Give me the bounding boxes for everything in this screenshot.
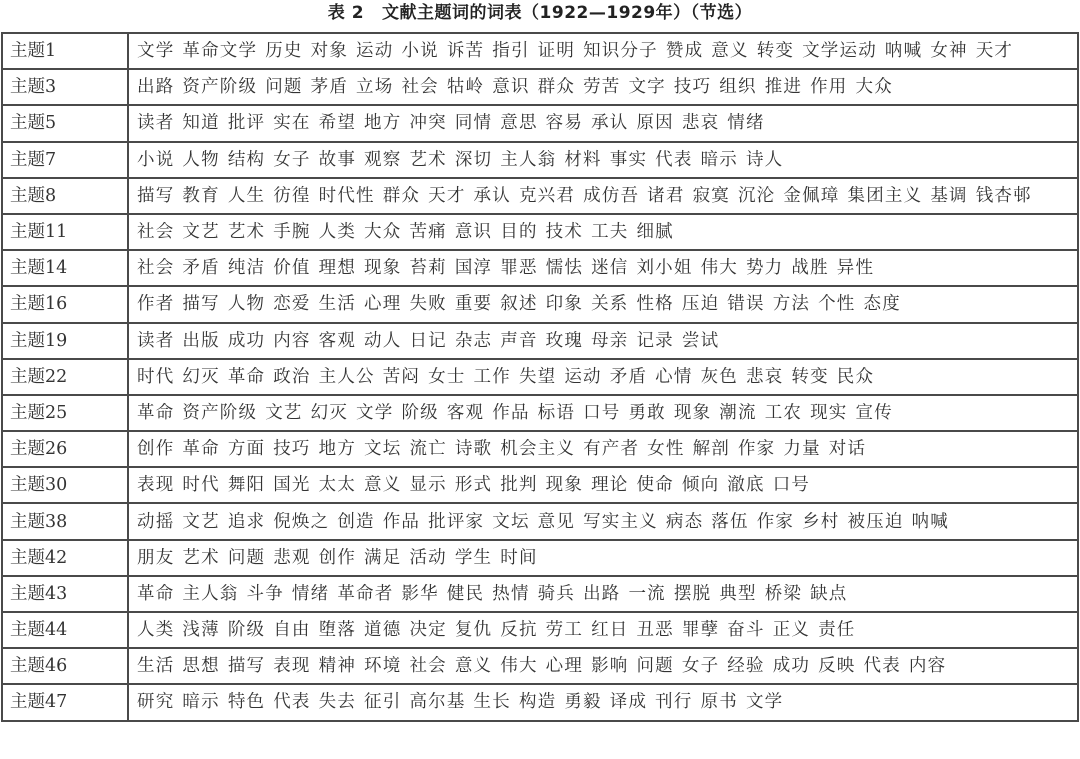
topic-word: 纯洁	[228, 258, 265, 278]
topic-word: 显示	[409, 475, 446, 495]
topic-word: 苦闷	[383, 367, 420, 387]
topic-word: 征引	[364, 692, 401, 712]
topic-word: 群众	[538, 77, 575, 97]
topic-word: 日记	[409, 331, 446, 351]
topic-word: 被压迫	[848, 512, 904, 532]
table-row: 主题44人类浅薄阶级自由堕落道德决定复仇反抗劳工红日丑恶罪孽奋斗正义责任	[2, 612, 1078, 648]
topic-word: 读者	[137, 113, 174, 133]
topic-word: 勇敢	[628, 403, 665, 423]
topic-word: 懦怯	[546, 258, 583, 278]
topic-word: 理论	[591, 475, 628, 495]
topic-word: 伟大	[701, 258, 738, 278]
table-row: 主题47研究暗示特色代表失去征引高尔基生长构造勇毅译成刊行原书文学	[2, 684, 1078, 720]
topic-word: 民众	[837, 367, 874, 387]
topic-word: 出版	[182, 331, 219, 351]
topic-word: 恋爱	[273, 294, 310, 314]
topic-label-cell: 主题26	[2, 431, 128, 467]
topic-word: 主人公	[319, 367, 375, 387]
topic-word: 人类	[319, 222, 356, 242]
topic-words-cell: 革命主人翁斗争情绪革命者影华健民热情骑兵出路一流摆脱典型桥梁缺点	[128, 576, 1078, 612]
topic-word: 玫瑰	[546, 331, 583, 351]
topic-word: 大众	[364, 222, 401, 242]
table-row: 主题38动摇文艺追求倪焕之创造作品批评家文坛意见写实主义病态落伍作家乡村被压迫呐…	[2, 503, 1078, 539]
topic-word: 桥梁	[765, 584, 802, 604]
topic-word: 劳苦	[583, 77, 620, 97]
table-row: 主题22时代幻灭革命政治主人公苦闷女士工作失望运动矛盾心情灰色悲哀转变民众	[2, 359, 1078, 395]
topic-word: 作品	[492, 403, 529, 423]
topic-word: 环境	[364, 656, 401, 676]
topic-word: 悲哀	[746, 367, 783, 387]
topic-word: 转变	[791, 367, 828, 387]
topic-word: 寂寞	[693, 186, 730, 206]
topic-word: 时代	[182, 475, 219, 495]
topic-word: 文坛	[492, 512, 529, 532]
topic-word: 诗人	[746, 150, 783, 170]
topic-word: 立场	[356, 77, 393, 97]
topic-words-cell: 小说人物结构女子故事观察艺术深切主人翁材料事实代表暗示诗人	[128, 142, 1078, 178]
topic-words-cell: 创作革命方面技巧地方文坛流亡诗歌机会主义有产者女性解剖作家力量对话	[128, 431, 1078, 467]
topic-word: 典型	[719, 584, 756, 604]
topic-word: 倪焕之	[273, 512, 329, 532]
table-caption: 表 2文献主题词的词表（1922—1929年）（节选）	[0, 0, 1080, 28]
table-row: 主题16作者描写人物恋爱生活心理失败重要叙述印象关系性格压迫错误方法个性态度	[2, 286, 1078, 322]
topic-word: 问题	[636, 656, 673, 676]
topic-words-cell: 读者出版成功内容客观动人日记杂志声音玫瑰母亲记录尝试	[128, 323, 1078, 359]
topic-word: 运动	[564, 367, 601, 387]
topic-word: 灰色	[701, 367, 738, 387]
topic-word: 成仿吾	[583, 186, 639, 206]
topic-word: 影响	[591, 656, 628, 676]
table-row: 主题25革命资产阶级文艺幻灭文学阶级客观作品标语口号勇敢现象潮流工农现实宣传	[2, 395, 1078, 431]
topic-word: 容易	[546, 113, 583, 133]
topic-word: 事实	[610, 150, 647, 170]
topic-words-cell: 出路资产阶级问题茅盾立场社会牯岭意识群众劳苦文字技巧组织推进作用大众	[128, 69, 1078, 105]
table-row: 主题7小说人物结构女子故事观察艺术深切主人翁材料事实代表暗示诗人	[2, 142, 1078, 178]
topic-word: 人类	[137, 620, 174, 640]
topic-word: 批判	[500, 475, 537, 495]
table-row: 主题5读者知道批评实在希望地方冲突同情意思容易承认原因悲哀情绪	[2, 105, 1078, 141]
topic-word: 深切	[455, 150, 492, 170]
topic-word: 暗示	[182, 692, 219, 712]
topic-word: 社会	[137, 258, 174, 278]
topic-word: 落伍	[711, 512, 748, 532]
topic-word: 作者	[137, 294, 174, 314]
topic-word: 情绪	[727, 113, 764, 133]
topic-word: 女士	[428, 367, 465, 387]
topic-label-cell: 主题14	[2, 250, 128, 286]
topic-word: 缺点	[810, 584, 847, 604]
topic-word: 社会	[409, 656, 446, 676]
topic-word: 动人	[364, 331, 401, 351]
topic-word: 呐喊	[885, 41, 922, 61]
topic-word: 道德	[364, 620, 401, 640]
topic-word: 人生	[228, 186, 265, 206]
topic-word: 艺术	[228, 222, 265, 242]
topic-word: 文坛	[364, 439, 401, 459]
topic-word: 价值	[273, 258, 310, 278]
topic-word: 劳工	[546, 620, 583, 640]
topic-word: 势力	[746, 258, 783, 278]
topic-words-cell: 作者描写人物恋爱生活心理失败重要叙述印象关系性格压迫错误方法个性态度	[128, 286, 1078, 322]
topic-word: 时间	[500, 548, 537, 568]
topic-word: 译成	[610, 692, 647, 712]
topic-label-cell: 主题8	[2, 178, 128, 214]
topic-word: 杂志	[455, 331, 492, 351]
topic-word: 研究	[137, 692, 174, 712]
topic-word: 文学	[746, 692, 783, 712]
table-title: 文献主题词的词表（1922—1929年）（节选）	[382, 3, 752, 23]
topic-word: 追求	[228, 512, 265, 532]
topic-word: 责任	[818, 620, 855, 640]
topic-label-cell: 主题47	[2, 684, 128, 720]
topic-word: 实在	[273, 113, 310, 133]
topic-word: 成功	[228, 331, 265, 351]
topic-word: 茅盾	[311, 77, 348, 97]
topic-label-cell: 主题5	[2, 105, 128, 141]
topic-word: 决定	[409, 620, 446, 640]
topic-word: 基调	[930, 186, 967, 206]
topic-word: 口号	[583, 403, 620, 423]
topic-word: 创作	[137, 439, 174, 459]
topic-word: 客观	[447, 403, 484, 423]
topic-word: 悲哀	[682, 113, 719, 133]
topic-word: 阶级	[401, 403, 438, 423]
topic-word: 代表	[864, 656, 901, 676]
topic-word: 代表	[655, 150, 692, 170]
topic-word: 战胜	[791, 258, 828, 278]
topic-words-cell: 朋友艺术问题悲观创作满足活动学生时间	[128, 540, 1078, 576]
topic-word: 朋友	[137, 548, 174, 568]
topic-word: 矛盾	[610, 367, 647, 387]
topic-word: 心情	[655, 367, 692, 387]
topic-word: 阶级	[228, 620, 265, 640]
topic-word: 学生	[455, 548, 492, 568]
topic-word: 作品	[383, 512, 420, 532]
topic-word: 承认	[591, 113, 628, 133]
topic-word: 目的	[500, 222, 537, 242]
topic-word: 动摇	[137, 512, 174, 532]
topic-label-cell: 主题30	[2, 467, 128, 503]
topic-word: 解剖	[693, 439, 730, 459]
topic-word: 失望	[519, 367, 556, 387]
topic-word: 时代	[137, 367, 174, 387]
topic-word: 天才	[976, 41, 1013, 61]
topic-word: 满足	[364, 548, 401, 568]
topic-word: 方法	[773, 294, 810, 314]
topic-word: 斗争	[247, 584, 284, 604]
topic-word: 反抗	[500, 620, 537, 640]
topic-word: 摆脱	[674, 584, 711, 604]
topic-word: 作家	[738, 439, 775, 459]
topic-word: 意思	[500, 113, 537, 133]
topic-word: 技巧	[273, 439, 310, 459]
topic-word: 原书	[701, 692, 738, 712]
topic-word: 地方	[319, 439, 356, 459]
topic-word: 革命者	[337, 584, 393, 604]
topic-word: 诉苦	[447, 41, 484, 61]
topic-label-cell: 主题43	[2, 576, 128, 612]
topic-word: 现象	[546, 475, 583, 495]
topic-words-cell: 描写教育人生彷徨时代性群众天才承认克兴君成仿吾诸君寂寞沉沦金佩璋集团主义基调钱杏…	[128, 178, 1078, 214]
topic-word: 罪孽	[682, 620, 719, 640]
topic-word: 丑恶	[636, 620, 673, 640]
topic-word: 心理	[546, 656, 583, 676]
topic-words-cell: 表现时代舞阳国光太太意义显示形式批判现象理论使命倾向澈底口号	[128, 467, 1078, 503]
topic-word: 苔莉	[409, 258, 446, 278]
topic-word: 组织	[719, 77, 756, 97]
topic-word: 集团主义	[848, 186, 923, 206]
topic-word: 现象	[674, 403, 711, 423]
topic-word: 生长	[474, 692, 511, 712]
topic-word: 内容	[909, 656, 946, 676]
table-row: 主题14社会矛盾纯洁价值理想现象苔莉国淳罪恶懦怯迷信刘小姐伟大势力战胜异性	[2, 250, 1078, 286]
topic-word: 对象	[311, 41, 348, 61]
topic-word: 小说	[401, 41, 438, 61]
table-row: 主题3出路资产阶级问题茅盾立场社会牯岭意识群众劳苦文字技巧组织推进作用大众	[2, 69, 1078, 105]
topic-label-cell: 主题25	[2, 395, 128, 431]
topic-word: 幻灭	[182, 367, 219, 387]
topic-words-cell: 读者知道批评实在希望地方冲突同情意思容易承认原因悲哀情绪	[128, 105, 1078, 141]
topic-word: 女性	[647, 439, 684, 459]
topic-word: 文学	[137, 41, 174, 61]
topic-label-cell: 主题42	[2, 540, 128, 576]
topic-word: 钱杏邨	[976, 186, 1032, 206]
topic-word: 构造	[519, 692, 556, 712]
topic-word: 口号	[773, 475, 810, 495]
topic-word: 革命	[228, 367, 265, 387]
topic-word: 文学	[356, 403, 393, 423]
topic-word: 理想	[319, 258, 356, 278]
table-row: 主题43革命主人翁斗争情绪革命者影华健民热情骑兵出路一流摆脱典型桥梁缺点	[2, 576, 1078, 612]
topic-lexicon-table: 主题1文学革命文学历史对象运动小说诉苦指引证明知识分子赞成意义转变文学运动呐喊女…	[1, 32, 1079, 722]
topic-word: 写实主义	[583, 512, 658, 532]
topic-word: 心理	[364, 294, 401, 314]
topic-word: 主人翁	[182, 584, 238, 604]
topic-word: 群众	[383, 186, 420, 206]
topic-word: 矛盾	[182, 258, 219, 278]
topic-word: 国光	[273, 475, 310, 495]
topic-word: 指引	[492, 41, 529, 61]
topic-word: 知识分子	[583, 41, 658, 61]
topic-words-cell: 社会矛盾纯洁价值理想现象苔莉国淳罪恶懦怯迷信刘小姐伟大势力战胜异性	[128, 250, 1078, 286]
topic-words-cell: 人类浅薄阶级自由堕落道德决定复仇反抗劳工红日丑恶罪孽奋斗正义责任	[128, 612, 1078, 648]
topic-word: 堕落	[319, 620, 356, 640]
topic-word: 革命	[137, 584, 174, 604]
topic-word: 读者	[137, 331, 174, 351]
topic-word: 病态	[666, 512, 703, 532]
topic-word: 表现	[273, 656, 310, 676]
topic-word: 女子	[682, 656, 719, 676]
table-row: 主题1文学革命文学历史对象运动小说诉苦指引证明知识分子赞成意义转变文学运动呐喊女…	[2, 33, 1078, 69]
topic-word: 艺术	[409, 150, 446, 170]
topic-word: 诗歌	[455, 439, 492, 459]
topic-word: 幻灭	[311, 403, 348, 423]
topic-word: 印象	[546, 294, 583, 314]
topic-word: 标语	[538, 403, 575, 423]
topic-word: 革命	[137, 403, 174, 423]
topic-word: 牯岭	[447, 77, 484, 97]
topic-word: 技巧	[674, 77, 711, 97]
topic-label-cell: 主题44	[2, 612, 128, 648]
topic-word: 潮流	[719, 403, 756, 423]
topic-word: 地方	[364, 113, 401, 133]
topic-word: 使命	[636, 475, 673, 495]
topic-word: 正义	[773, 620, 810, 640]
topic-word: 文艺	[182, 222, 219, 242]
topic-word: 刊行	[655, 692, 692, 712]
topic-word: 细腻	[636, 222, 673, 242]
topic-word: 机会主义	[500, 439, 575, 459]
topic-word: 成功	[773, 656, 810, 676]
topic-word: 革命文学	[182, 41, 257, 61]
topic-label-cell: 主题11	[2, 214, 128, 250]
topic-word: 高尔基	[409, 692, 465, 712]
topic-word: 复仇	[455, 620, 492, 640]
topic-word: 批评家	[428, 512, 484, 532]
topic-word: 技术	[546, 222, 583, 242]
topic-label-cell: 主题3	[2, 69, 128, 105]
topic-label-cell: 主题16	[2, 286, 128, 322]
topic-word: 意义	[364, 475, 401, 495]
topic-word: 对话	[829, 439, 866, 459]
topic-word: 工作	[474, 367, 511, 387]
topic-word: 意见	[538, 512, 575, 532]
topic-word: 热情	[492, 584, 529, 604]
topic-word: 生活	[137, 656, 174, 676]
topic-word: 意义	[455, 656, 492, 676]
topic-word: 力量	[783, 439, 820, 459]
topic-word: 创作	[319, 548, 356, 568]
topic-word: 知道	[182, 113, 219, 133]
topic-word: 红日	[591, 620, 628, 640]
topic-word: 浅薄	[182, 620, 219, 640]
topic-word: 特色	[228, 692, 265, 712]
topic-word: 希望	[319, 113, 356, 133]
topic-word: 文字	[628, 77, 665, 97]
topic-word: 情绪	[292, 584, 329, 604]
topic-words-cell: 生活思想描写表现精神环境社会意义伟大心理影响问题女子经验成功反映代表内容	[128, 648, 1078, 684]
topic-word: 形式	[455, 475, 492, 495]
table-row: 主题19读者出版成功内容客观动人日记杂志声音玫瑰母亲记录尝试	[2, 323, 1078, 359]
topic-word: 错误	[727, 294, 764, 314]
topic-label-cell: 主题46	[2, 648, 128, 684]
topic-word: 创造	[337, 512, 374, 532]
topic-word: 转变	[757, 41, 794, 61]
topic-word: 澈底	[727, 475, 764, 495]
topic-word: 沉沦	[738, 186, 775, 206]
table-number: 表 2	[328, 3, 364, 23]
topic-word: 态度	[864, 294, 901, 314]
topic-word: 奋斗	[727, 620, 764, 640]
topic-word: 主人翁	[500, 150, 556, 170]
topic-word: 诸君	[647, 186, 684, 206]
topic-label-cell: 主题7	[2, 142, 128, 178]
table-row: 主题30表现时代舞阳国光太太意义显示形式批判现象理论使命倾向澈底口号	[2, 467, 1078, 503]
topic-word: 证明	[538, 41, 575, 61]
topic-word: 资产阶级	[182, 403, 257, 423]
topic-word: 影华	[401, 584, 438, 604]
topic-word: 内容	[273, 331, 310, 351]
topic-word: 资产阶级	[182, 77, 257, 97]
topic-word: 记录	[636, 331, 673, 351]
topic-word: 失去	[319, 692, 356, 712]
topic-word: 有产者	[583, 439, 639, 459]
topic-word: 赞成	[666, 41, 703, 61]
table-row: 主题26创作革命方面技巧地方文坛流亡诗歌机会主义有产者女性解剖作家力量对话	[2, 431, 1078, 467]
topic-word: 骑兵	[538, 584, 575, 604]
topic-word: 问题	[228, 548, 265, 568]
topic-word: 女子	[273, 150, 310, 170]
topic-word: 代表	[273, 692, 310, 712]
topic-word: 承认	[474, 186, 511, 206]
topic-word: 伟大	[500, 656, 537, 676]
topic-word: 国淳	[455, 258, 492, 278]
table-row: 主题42朋友艺术问题悲观创作满足活动学生时间	[2, 540, 1078, 576]
topic-word: 金佩璋	[783, 186, 839, 206]
topic-word: 失败	[409, 294, 446, 314]
topic-word: 自由	[273, 620, 310, 640]
topic-word: 活动	[409, 548, 446, 568]
topic-word: 现实	[810, 403, 847, 423]
topic-word: 同情	[455, 113, 492, 133]
topic-word: 批评	[228, 113, 265, 133]
topic-word: 艺术	[182, 548, 219, 568]
topic-word: 叙述	[500, 294, 537, 314]
topic-word: 文艺	[265, 403, 302, 423]
topic-word: 观察	[364, 150, 401, 170]
topic-words-cell: 研究暗示特色代表失去征引高尔基生长构造勇毅译成刊行原书文学	[128, 684, 1078, 720]
topic-word: 出路	[137, 77, 174, 97]
table-body: 主题1文学革命文学历史对象运动小说诉苦指引证明知识分子赞成意义转变文学运动呐喊女…	[2, 33, 1078, 721]
topic-word: 作家	[757, 512, 794, 532]
topic-word: 问题	[265, 77, 302, 97]
topic-word: 健民	[447, 584, 484, 604]
topic-word: 关系	[591, 294, 628, 314]
topic-word: 流亡	[409, 439, 446, 459]
topic-word: 推进	[765, 77, 802, 97]
topic-word: 尝试	[682, 331, 719, 351]
topic-word: 文学运动	[802, 41, 877, 61]
topic-word: 意识	[492, 77, 529, 97]
topic-word: 大众	[856, 77, 893, 97]
topic-word: 描写	[182, 294, 219, 314]
topic-words-cell: 社会文艺艺术手腕人类大众苦痛意识目的技术工夫细腻	[128, 214, 1078, 250]
table-row: 主题46生活思想描写表现精神环境社会意义伟大心理影响问题女子经验成功反映代表内容	[2, 648, 1078, 684]
topic-word: 舞阳	[228, 475, 265, 495]
topic-word: 政治	[273, 367, 310, 387]
topic-word: 故事	[319, 150, 356, 170]
topic-word: 思想	[182, 656, 219, 676]
topic-label-cell: 主题19	[2, 323, 128, 359]
topic-word: 社会	[401, 77, 438, 97]
topic-word: 克兴君	[519, 186, 575, 206]
topic-word: 描写	[228, 656, 265, 676]
topic-word: 客观	[319, 331, 356, 351]
topic-word: 呐喊	[912, 512, 949, 532]
topic-word: 一流	[628, 584, 665, 604]
topic-words-cell: 文学革命文学历史对象运动小说诉苦指引证明知识分子赞成意义转变文学运动呐喊女神天才	[128, 33, 1078, 69]
topic-label-cell: 主题1	[2, 33, 128, 69]
topic-word: 方面	[228, 439, 265, 459]
topic-word: 罪恶	[500, 258, 537, 278]
topic-word: 人物	[182, 150, 219, 170]
table-row: 主题8描写教育人生彷徨时代性群众天才承认克兴君成仿吾诸君寂寞沉沦金佩璋集团主义基…	[2, 178, 1078, 214]
topic-word: 天才	[428, 186, 465, 206]
topic-word: 个性	[818, 294, 855, 314]
topic-word: 勇毅	[564, 692, 601, 712]
topic-word: 宣传	[856, 403, 893, 423]
topic-word: 作用	[810, 77, 847, 97]
